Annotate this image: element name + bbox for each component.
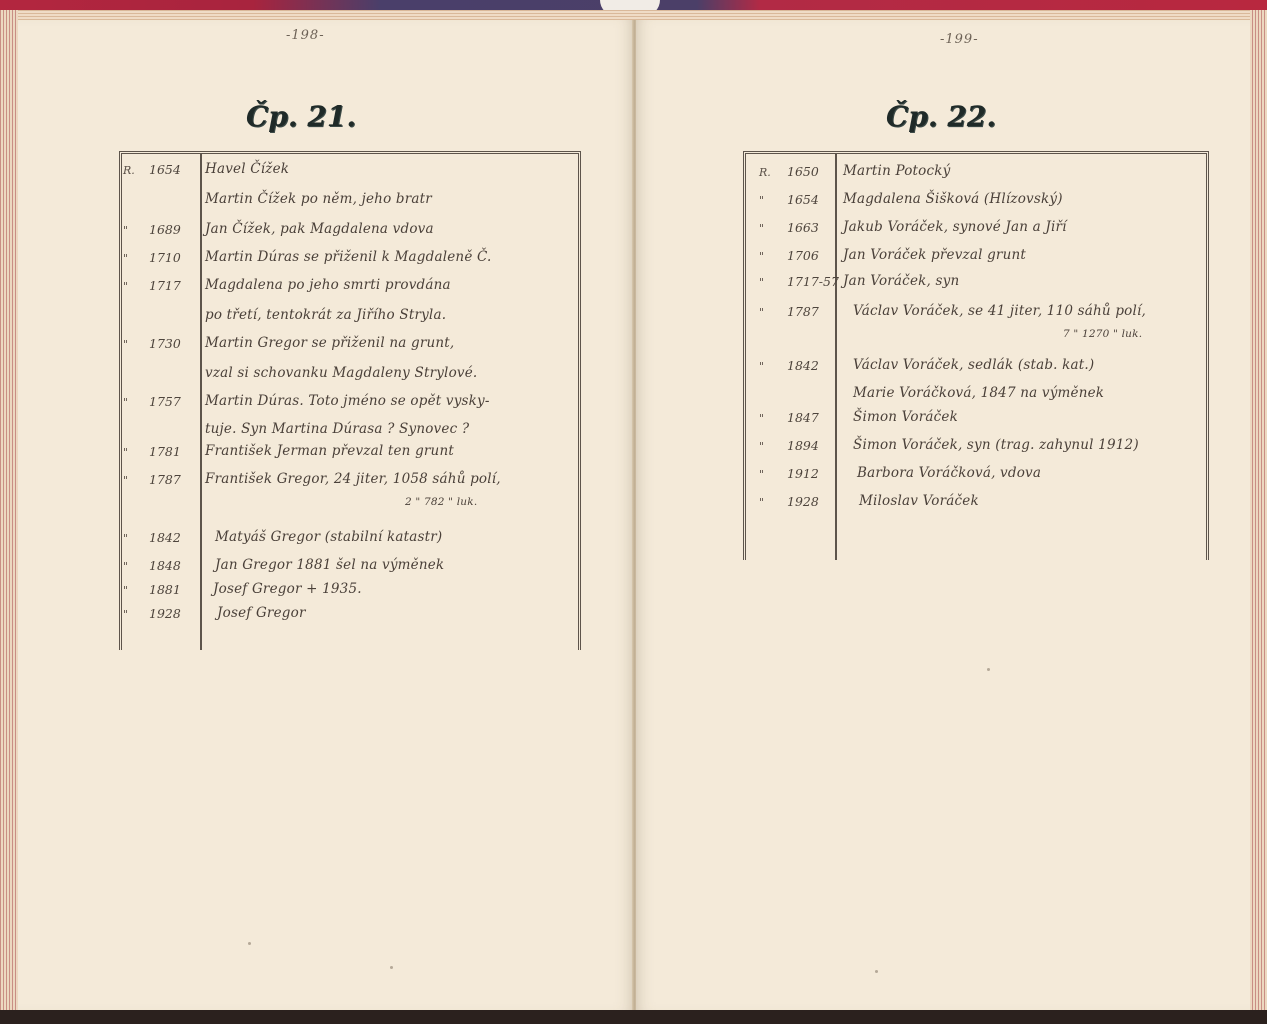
entry-text: Marie Voráčková, 1847 na výměnek [853,385,1104,401]
ledger-row: "1894Šimon Voráček, syn (trag. zahynul 1… [743,434,1203,460]
ditto-mark: R. [123,164,135,177]
entry-year: 1848 [149,558,181,573]
entry-text: Miloslav Voráček [859,493,979,509]
entry-text: Martin Potocký [843,163,950,179]
entry-text: Martin Čížek po něm, jeho bratr [205,191,432,207]
entry-text: Barbora Voráčková, vdova [857,465,1041,481]
right-ledger-rows: R.1650Martin Potocký"1654Magdalena Šiško… [743,156,1203,556]
ledger-row: R.1650Martin Potocký [743,160,1203,186]
entry-text: tuje. Syn Martina Dúrasa ? Synovec ? [205,421,469,437]
entry-text: Martin Gregor se přiženil na grunt, [205,335,454,351]
ledger-row: 2 " 782 " luk. [119,490,575,516]
page-edges-left [0,10,18,1010]
ditto-mark: " [759,412,764,425]
ledger-row: "1912Barbora Voráčková, vdova [743,462,1203,488]
ledger-row: "1842Václav Voráček, sedlák (stab. kat.) [743,354,1203,380]
right-page-number: -199- [940,32,979,47]
entry-year: 1689 [149,222,181,237]
ditto-mark: " [123,446,128,459]
ledger-row: "1710Martin Dúras se přiženil k Magdalen… [119,246,575,272]
ditto-mark: R. [759,166,771,179]
entry-text: Josef Gregor + 1935. [213,581,362,597]
ditto-mark: " [123,560,128,573]
entry-text: Jan Čížek, pak Magdalena vdova [205,221,434,237]
paper-speck [875,970,878,973]
entry-year: 1881 [149,582,181,597]
ledger-row: "1663Jakub Voráček, synové Jan a Jiří [743,216,1203,242]
ledger-row: 7 " 1270 " luk. [743,322,1203,348]
ledger-row: Marie Voráčková, 1847 na výměnek [743,382,1203,408]
entry-text: Václav Voráček, se 41 jiter, 110 sáhů po… [853,303,1146,319]
ditto-mark: " [123,252,128,265]
entry-year: 1787 [149,472,181,487]
page-edges-right [1250,10,1267,1010]
entry-text: 2 " 782 " luk. [405,496,477,508]
paper-speck [987,668,990,671]
paper-speck [390,966,393,969]
ledger-row: "1842Matyáš Gregor (stabilní katastr) [119,526,575,552]
right-house-title: Čp. 22. [886,100,996,133]
ditto-mark: " [123,584,128,597]
ledger-row: "1730Martin Gregor se přiženil na grunt, [119,332,575,358]
entry-year: 1654 [787,192,819,207]
ditto-mark: " [759,306,764,319]
entry-text: František Jerman převzal ten grunt [205,443,454,459]
left-ledger-rows: R.1654Havel ČížekMartin Čížek po něm, je… [119,156,575,636]
ledger-row: "1928Miloslav Voráček [743,490,1203,516]
book-cover-bottom [0,1010,1267,1024]
entry-year: 1717 [149,278,181,293]
ledger-row: "1757Martin Dúras. Toto jméno se opět vy… [119,390,575,416]
entry-text: Jan Voráček převzal grunt [843,247,1026,263]
entry-year: 1842 [787,358,819,373]
entry-text: Jan Voráček, syn [843,273,959,289]
ledger-row: "1881Josef Gregor + 1935. [119,578,575,604]
ditto-mark: " [759,440,764,453]
entry-text: Jan Gregor 1881 šel na výměnek [215,557,444,573]
ditto-mark: " [759,276,764,289]
ledger-row: R.1654Havel Čížek [119,158,575,184]
ledger-row: "1781František Jerman převzal ten grunt [119,440,575,466]
ditto-mark: " [123,280,128,293]
entry-text: Matyáš Gregor (stabilní katastr) [215,529,442,545]
entry-year: 1912 [787,466,819,481]
entry-text: Martin Dúras se přiženil k Magdaleně Č. [205,249,492,265]
entry-year: 1706 [787,248,819,263]
entry-text: Šimon Voráček [853,409,958,425]
entry-text: Havel Čížek [205,161,289,177]
ledger-row: "1928Josef Gregor [119,602,575,628]
entry-text: Magdalena Šišková (Hlízovský) [843,191,1063,207]
ditto-mark: " [759,222,764,235]
entry-text: Václav Voráček, sedlák (stab. kat.) [853,357,1094,373]
entry-year: 1847 [787,410,819,425]
paper-speck [248,942,251,945]
entry-text: Martin Dúras. Toto jméno se opět vysky- [205,393,490,409]
entry-year: 1710 [149,250,181,265]
entry-text: Šimon Voráček, syn (trag. zahynul 1912) [853,437,1139,453]
left-house-title: Čp. 21. [246,100,356,133]
entry-text: po třetí, tentokrát za Jiřího Stryla. [205,307,446,323]
ledger-row: "1654Magdalena Šišková (Hlízovský) [743,188,1203,214]
entry-year: 1757 [149,394,181,409]
ledger-row: vzal si schovanku Magdaleny Strylové. [119,362,575,388]
ditto-mark: " [759,496,764,509]
entry-text: František Gregor, 24 jiter, 1058 sáhů po… [205,471,501,487]
ledger-row: po třetí, tentokrát za Jiřího Stryla. [119,304,575,330]
ditto-mark: " [123,474,128,487]
ditto-mark: " [759,194,764,207]
ditto-mark: " [759,250,764,263]
left-page-number: -198- [286,28,325,43]
entry-year: 1894 [787,438,819,453]
entry-year: 1663 [787,220,819,235]
entry-year: 1787 [787,304,819,319]
entry-text: Jakub Voráček, synové Jan a Jiří [843,219,1067,235]
ditto-mark: " [123,608,128,621]
entry-year: 1928 [149,606,181,621]
entry-year: 1842 [149,530,181,545]
entry-year: 1928 [787,494,819,509]
entry-year: 1730 [149,336,181,351]
ditto-mark: " [123,396,128,409]
ledger-row: "1689Jan Čížek, pak Magdalena vdova [119,218,575,244]
entry-text: vzal si schovanku Magdaleny Strylové. [205,365,477,381]
entry-year: 1781 [149,444,181,459]
ditto-mark: " [759,360,764,373]
ditto-mark: " [759,468,764,481]
page-edges-top [0,10,1267,20]
ledger-row: "1706Jan Voráček převzal grunt [743,244,1203,270]
entry-text: Josef Gregor [217,605,306,621]
ditto-mark: " [123,338,128,351]
ledger-row: "1717-57Jan Voráček, syn [743,270,1203,296]
entry-text: Magdalena po jeho smrti provdána [205,277,451,293]
ditto-mark: " [123,224,128,237]
entry-year: 1650 [787,164,819,179]
entry-year: 1717-57 [787,274,839,289]
ditto-mark: " [123,532,128,545]
ledger-row: Martin Čížek po něm, jeho bratr [119,188,575,214]
ledger-row: "1847Šimon Voráček [743,406,1203,432]
entry-year: 1654 [149,162,181,177]
entry-text: 7 " 1270 " luk. [1063,328,1142,340]
ledger-row: "1848Jan Gregor 1881 šel na výměnek [119,554,575,580]
ledger-row: "1717Magdalena po jeho smrti provdána [119,274,575,300]
